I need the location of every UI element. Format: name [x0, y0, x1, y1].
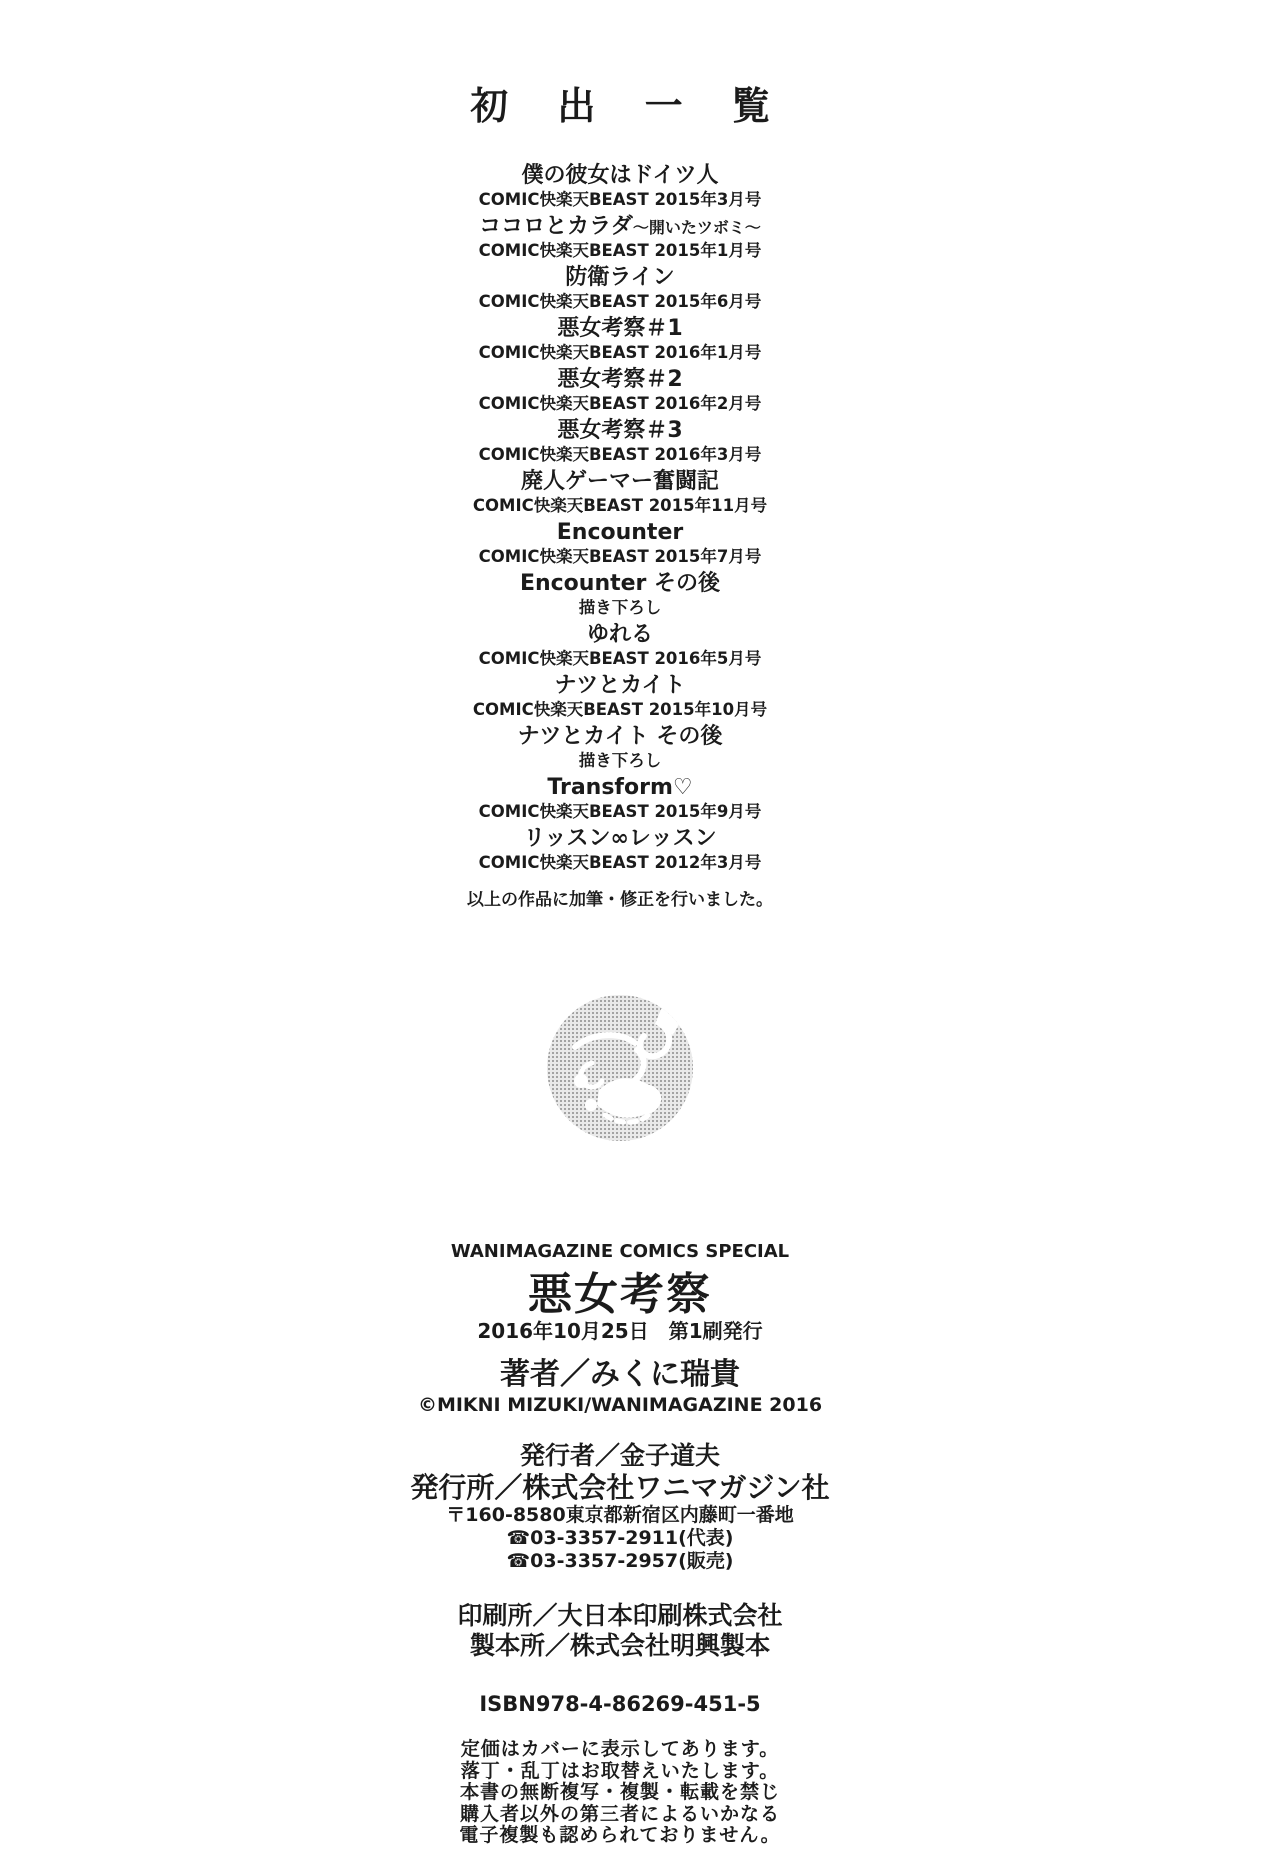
work-item: Transform♡ COMIC快楽天BEAST 2015年9月号	[0, 774, 1240, 821]
work-title: リッスン∞レッスン	[523, 826, 716, 851]
legal-note-line: 本書の無断複写・複製・転載を禁じ	[0, 1782, 1240, 1804]
work-item: 悪女考察＃2 COMIC快楽天BEAST 2016年2月号	[0, 366, 1240, 413]
series-label: WANIMAGAZINE COMICS SPECIAL	[0, 1241, 1240, 1263]
work-title: Transform♡	[547, 775, 692, 800]
crocodile-swirl-art	[547, 995, 693, 1141]
work-title: ゆれる	[587, 622, 653, 647]
work-item: 悪女考察＃1 COMIC快楽天BEAST 2016年1月号	[0, 315, 1240, 362]
book-title: 悪女考察	[0, 1271, 1240, 1319]
work-source: COMIC快楽天BEAST 2016年1月号	[0, 343, 1240, 362]
legal-notes: 定価はカバーに表示してあります。落丁・乱丁はお取替えいたします。本書の無断複写・…	[0, 1739, 1240, 1847]
first-publication-list: 僕の彼女はドイツ人 COMIC快楽天BEAST 2015年3月号 ココロとカラダ…	[0, 162, 1240, 872]
work-source: COMIC快楽天BEAST 2015年6月号	[0, 292, 1240, 311]
legal-note-line: 定価はカバーに表示してあります。	[0, 1739, 1240, 1761]
colophon-page: 初 出 一 覧 僕の彼女はドイツ人 COMIC快楽天BEAST 2015年3月号…	[0, 0, 1240, 1847]
isbn: ISBN978-4-86269-451-5	[0, 1691, 1240, 1717]
work-item: 僕の彼女はドイツ人 COMIC快楽天BEAST 2015年3月号	[0, 162, 1240, 209]
work-title: ナツとカイト その後	[518, 724, 723, 749]
work-source: COMIC快楽天BEAST 2012年3月号	[0, 853, 1240, 872]
work-source: COMIC快楽天BEAST 2016年3月号	[0, 445, 1240, 464]
work-item: Encounter COMIC快楽天BEAST 2015年7月号	[0, 519, 1240, 566]
legal-note-line: 落丁・乱丁はお取替えいたします。	[0, 1761, 1240, 1783]
work-source: 描き下ろし	[0, 751, 1240, 770]
work-source: COMIC快楽天BEAST 2016年5月号	[0, 649, 1240, 668]
printer-line: 印刷所／大日本印刷株式会社	[0, 1601, 1240, 1631]
work-title: ココロとカラダ	[479, 214, 633, 239]
colophon-block: WANIMAGAZINE COMICS SPECIAL 悪女考察 2016年10…	[0, 1241, 1240, 1847]
work-title: 悪女考察＃1	[557, 316, 682, 341]
work-item: ゆれる COMIC快楽天BEAST 2016年5月号	[0, 621, 1240, 668]
author-line: 著者／みくに瑞貴	[0, 1357, 1240, 1393]
work-item: リッスン∞レッスン COMIC快楽天BEAST 2012年3月号	[0, 825, 1240, 872]
work-title: 悪女考察＃2	[557, 367, 682, 392]
publisher-company-line: 発行所／株式会社ワニマガジン社	[0, 1471, 1240, 1504]
legal-note-line: 購入者以外の第三者によるいかなる	[0, 1804, 1240, 1826]
page-title: 初 出 一 覧	[0, 86, 1240, 126]
work-source: COMIC快楽天BEAST 2015年1月号	[0, 241, 1240, 260]
work-item: 悪女考察＃3 COMIC快楽天BEAST 2016年3月号	[0, 417, 1240, 464]
work-item: Encounter その後 描き下ろし	[0, 570, 1240, 617]
work-source: COMIC快楽天BEAST 2015年9月号	[0, 802, 1240, 821]
work-source: COMIC快楽天BEAST 2015年3月号	[0, 190, 1240, 209]
closing-note: 以上の作品に加筆・修正を行いました。	[0, 890, 1240, 911]
work-item: ナツとカイト COMIC快楽天BEAST 2015年10月号	[0, 672, 1240, 719]
work-title: Encounter その後	[520, 571, 720, 596]
work-title: 廃人ゲーマー奮闘記	[521, 469, 719, 494]
phone-sales: ☎03-3357-2957(販売)	[0, 1550, 1240, 1573]
work-item: ココロとカラダ～開いたツボミ～ COMIC快楽天BEAST 2015年1月号	[0, 213, 1240, 260]
work-item: ナツとカイト その後 描き下ろし	[0, 723, 1240, 770]
phone-main: ☎03-3357-2911(代表)	[0, 1527, 1240, 1550]
work-source: COMIC快楽天BEAST 2015年10月号	[0, 700, 1240, 719]
copyright-line: ©MIKNI MIZUKI/WANIMAGAZINE 2016	[0, 1393, 1240, 1417]
wanimagazine-crocodile-emblem-icon	[547, 995, 693, 1141]
publisher-person-line: 発行者／金子道夫	[0, 1441, 1240, 1471]
print-info: 2016年10月25日 第1刷発行	[0, 1319, 1240, 1343]
work-subtitle: ～開いたツボミ～	[633, 218, 761, 237]
work-item: 防衛ライン COMIC快楽天BEAST 2015年6月号	[0, 264, 1240, 311]
work-source: 描き下ろし	[0, 598, 1240, 617]
work-source: COMIC快楽天BEAST 2015年11月号	[0, 496, 1240, 515]
work-title: 防衛ライン	[565, 265, 674, 290]
legal-note-line: 電子複製も認められておりません。	[0, 1825, 1240, 1847]
work-title: Encounter	[557, 520, 683, 545]
work-source: COMIC快楽天BEAST 2016年2月号	[0, 394, 1240, 413]
binder-line: 製本所／株式会社明興製本	[0, 1631, 1240, 1661]
work-item: 廃人ゲーマー奮闘記 COMIC快楽天BEAST 2015年11月号	[0, 468, 1240, 515]
publisher-address: 〒160-8580東京都新宿区内藤町一番地	[0, 1504, 1240, 1527]
work-title: 僕の彼女はドイツ人	[522, 163, 719, 188]
work-title: ナツとカイト	[554, 673, 685, 698]
work-source: COMIC快楽天BEAST 2015年7月号	[0, 547, 1240, 566]
work-title: 悪女考察＃3	[557, 418, 682, 443]
